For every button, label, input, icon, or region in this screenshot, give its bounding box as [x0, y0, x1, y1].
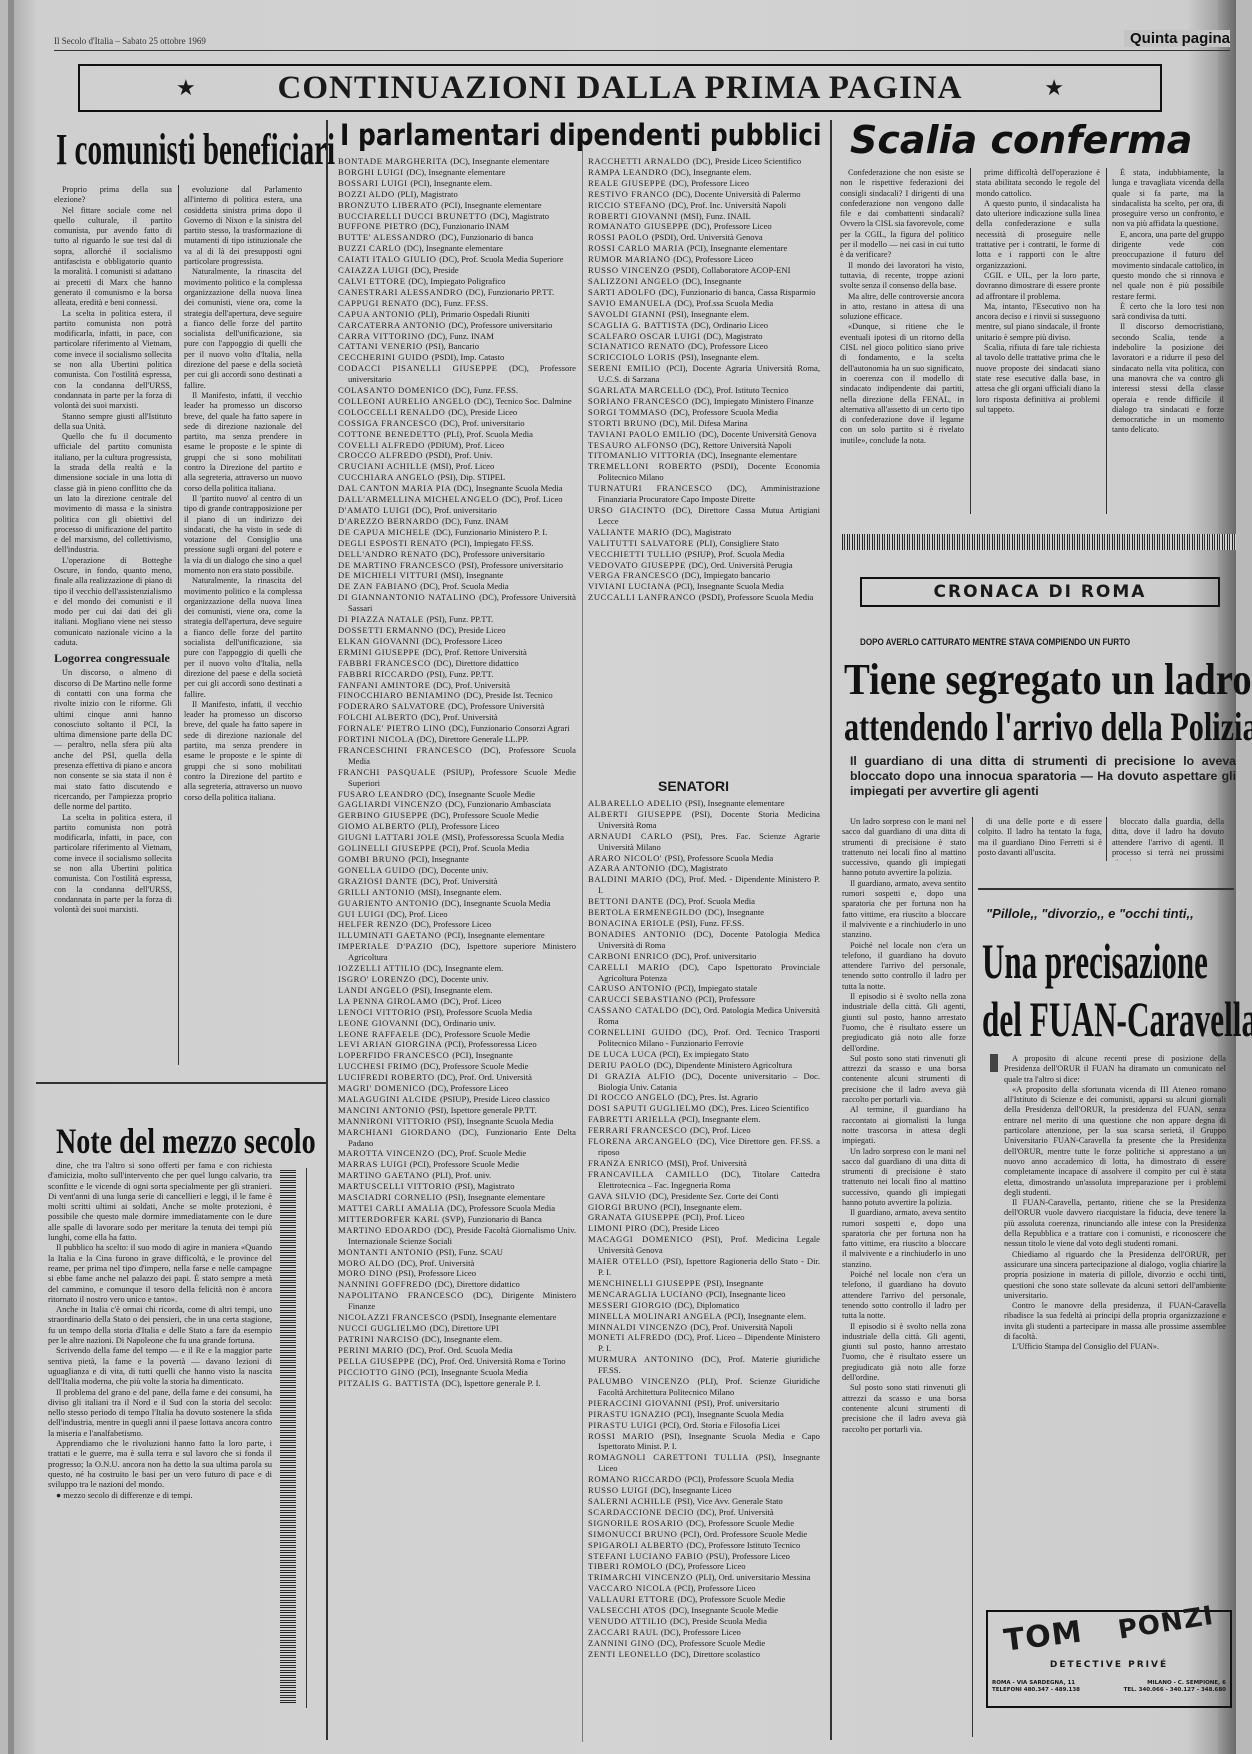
paragraph: È certo che la loro tesi non sarà condiv… — [1112, 302, 1224, 323]
list-item: DE ZAN FABIANO (DC), Prof. Scuola Media — [338, 581, 576, 592]
list-item: FRANCAVILLA CAMILLO (DC), Titolare Catte… — [588, 1169, 820, 1191]
list-item: BUZZI CARLO (DC), Insegnante elementare — [338, 243, 576, 254]
member-party-role: (DC), Ord. Università Perugia — [689, 560, 793, 570]
member-name: COLOCCELLI RENALDO — [338, 407, 448, 417]
list-item: PICCIOTTO GINO (PCI), Insegnante Scuola … — [338, 1367, 576, 1378]
list-item: CANESTRARI ALESSANDRO (DC), Funzionario … — [338, 287, 576, 298]
member-name: MAROTTA VINCENZO — [338, 1148, 438, 1158]
member-name: ROSSI CARLO MARIA — [588, 243, 687, 253]
member-name: FRANCESCHINI FRANCESCO — [338, 745, 481, 755]
list-item: CARELLI MARIO (DC), Capo Ispettorato Pro… — [588, 962, 820, 984]
list-item: STORTI BRUNO (DC), Mil. Difesa Marina — [588, 418, 820, 429]
member-party-role: (DC), Prof. universitario — [440, 418, 525, 428]
member-name: SCALFARO OSCAR LUIGI — [588, 331, 703, 341]
list-item: VEDOVATO GIUSEPPE (DC), Ord. Università … — [588, 560, 820, 571]
member-party-role: (DC), Funzionario INAM — [421, 221, 510, 231]
paragraph: Ma, intanto, l'Esecutivo non ha ancora d… — [976, 302, 1100, 343]
member-name: CUCCHIARA ANGELO — [338, 472, 438, 482]
column-rule — [326, 120, 328, 1740]
member-name: MENCHINELLI GIUSEPPE — [588, 1278, 704, 1288]
member-name: CARBONI ENRICO — [588, 951, 672, 961]
member-party-role: (DC), Professore Liceo — [411, 919, 491, 929]
member-party-role: (PSI), Funz. SCAU — [436, 1247, 503, 1257]
member-name: CARUSO ANTONIO — [588, 983, 675, 993]
member-party-role: (SVP), Funzionario di Banca — [442, 1214, 542, 1224]
member-name: RAMPA LEANDRO — [588, 167, 671, 177]
member-party-role: (PCI), Prof. Scuola Media — [439, 843, 529, 853]
member-party-role: (DC), Ordinario univ. — [421, 1018, 495, 1028]
list-item: CARUCCI SEBASTIANO (PCI), Professore — [588, 994, 820, 1005]
member-party-role: (DC), Direttore scolastico — [671, 1649, 760, 1659]
list-item: COTTONE BENEDETTO (PLI), Prof. Scuola Me… — [338, 429, 576, 440]
member-party-role: (DC), Prof. Scuola Media Superiore — [439, 254, 563, 264]
member-party-role: (DC), Professore Liceo — [673, 254, 753, 264]
list-item: COLOCCELLI RENALDO (DC), Preside Liceo — [338, 407, 576, 418]
member-name: TESAURO ALFONSO — [588, 440, 681, 450]
member-party-role: (DC), Professore Liceo — [428, 1083, 508, 1093]
list-item: GRAZIOSI DANTE (DC), Prof. Università — [338, 876, 576, 887]
member-name: GOLINELLI GIUSEPPE — [338, 843, 439, 853]
member-name: COTTONE BENEDETTO — [338, 429, 443, 439]
member-name: FRANCAVILLA CAMILLO — [588, 1169, 721, 1179]
cronaca-column-1: Un ladro sorpreso con le mani nel sacco … — [842, 817, 966, 1737]
list-item: GONELLA GUIDO (DC), Docente univ. — [338, 865, 576, 876]
member-name: MARTINO GAETANO — [338, 1170, 432, 1180]
list-item: LENOCI VITTORIO (PSI), Professore Scuola… — [338, 1007, 576, 1018]
member-party-role: (PSU), Professore Liceo — [706, 1551, 790, 1561]
member-party-role: (PSIUP), Preside Liceo classico — [440, 1094, 550, 1104]
list-item: MANCINI ANTONIO (PSI), Ispettore general… — [338, 1105, 576, 1116]
member-party-role: (DC), Presidente Sez. Corte dei Conti — [649, 1191, 779, 1201]
list-item: CASSANO CATALDO (DC), Ord. Patologia Med… — [588, 1005, 820, 1027]
member-name: BUZZI CARLO — [338, 243, 404, 253]
member-party-role: (DC), Ispettore generale P. I. — [442, 1378, 541, 1388]
member-party-role: (PCI), Insegnante elem. — [724, 1311, 806, 1321]
list-item: SCRICCIOLO LORIS (PSI), Insegnante elem. — [588, 352, 820, 363]
member-party-role: (PSI), Insegnante elementare — [445, 1192, 545, 1202]
member-party-role: (DC), Prof. Rettore Università — [423, 647, 527, 657]
member-name: BALDINI MARIO — [588, 874, 666, 884]
list-item: VACCARO NICOLA (PCI), Professore Liceo — [588, 1583, 820, 1594]
member-party-role: (PSI), Funz. PP.TT. — [427, 614, 494, 624]
member-party-role: (DC), Pres. Liceo Scientifico — [709, 1103, 809, 1113]
list-item: BONADIES ANTONIO (DC), Docente Patologia… — [588, 929, 820, 951]
member-party-role: (PSDI), Prof. Univ. — [426, 450, 493, 460]
headline-scalia: Scalia conferma — [850, 118, 1192, 162]
list-item: FANFANI AMINTORE (DC), Prof. Università — [338, 680, 576, 691]
member-party-role: (PSDI), Ord. Università Genova — [652, 232, 763, 242]
member-name: TRIMARCHI VINCENZO — [588, 1572, 696, 1582]
paragraph: Confederazione che non esiste se non le … — [840, 168, 964, 261]
paragraph: Il Manifesto, infatti, il vecchio leader… — [184, 391, 302, 494]
list-item: FLORENA ARCANGELO (DC), Vice Direttore g… — [588, 1136, 820, 1158]
member-name: FABBRI RICCARDO — [338, 669, 427, 679]
member-name: MACAGGI DOMENICO — [588, 1234, 702, 1244]
member-name: FABBRI FRANCESCO — [338, 658, 434, 668]
paragraph: E, ancora, una parte del gruppo dirigent… — [1112, 230, 1224, 302]
deputati-list-column-1: BONTADE MARGHERITA (DC), Insegnante elem… — [338, 156, 576, 1736]
member-name: AZARA ANTONIO — [588, 863, 668, 873]
member-party-role: (PSI), Funz. FF.SS. — [677, 918, 744, 928]
headline-note: Note del mezzo secolo — [56, 1120, 316, 1162]
kicker-cronaca: DOPO AVERLO CATTURATO MENTRE STAVA COMPI… — [860, 637, 1130, 647]
member-name: BERTOLA ERMENEGILDO — [588, 907, 705, 917]
list-item: DI GIANNANTONIO NATALINO (DC), Professor… — [338, 592, 576, 614]
member-party-role: (DC), Prof. Inc. Università Napoli — [668, 200, 786, 210]
list-item: RESTIVO FRANCO (DC), Docente Università … — [588, 189, 820, 200]
list-item: ROSSI MARIO (PSI), Insegnante Scuola Med… — [588, 1431, 820, 1453]
list-item: MINELLA MOLINARI ANGELA (PCI), Insegnant… — [588, 1311, 820, 1322]
member-name: SARTI ADOLFO — [588, 287, 659, 297]
list-item: NUCCI GUGLIELMO (DC), Direttore UPI — [338, 1323, 576, 1334]
list-item: ROMAGNOLI CARETTONI TULLIA (PSI), Insegn… — [588, 1452, 820, 1474]
member-name: SCARDACCIONE DECIO — [588, 1507, 697, 1517]
page-fold-artifact — [280, 1168, 296, 1703]
member-name: DE ZAN FABIANO — [338, 581, 420, 591]
member-name: RICCIO STEFANO — [588, 200, 668, 210]
member-name: LOPERFIDO FRANCESCO — [338, 1050, 452, 1060]
member-name: TAVIANI PAOLO EMILIO — [588, 429, 699, 439]
list-item: SCALFARO OSCAR LUIGI (DC), Magistrato — [588, 331, 820, 342]
member-name: COSSIGA FRANCESCO — [338, 418, 440, 428]
member-name: MONETI ALFREDO — [588, 1332, 674, 1342]
list-item: STEFANI LUCIANO FABIO (PSU), Professore … — [588, 1551, 820, 1562]
list-item: GRANATA GIUSEPPE (PCI), Prof. Liceo — [588, 1212, 820, 1223]
paragraph: Stanno sempre giusti all'Istituto della … — [54, 412, 172, 433]
list-item: MINNALDI VINCENZO (DC), Prof. Università… — [588, 1322, 820, 1333]
paragraph: La scelta in politica estera, il partito… — [54, 309, 172, 412]
paragraph: Il episodio si è svolto nella zona indus… — [842, 992, 966, 1054]
list-item: TREMELLONI ROBERTO (PSDI), Docente Econo… — [588, 461, 820, 483]
member-party-role: (DC), Impiegato bancario — [682, 570, 771, 580]
list-item: ROSSI CARLO MARIA (PCI), Insegnante elem… — [588, 243, 820, 254]
list-item: BETTONI DANTE (DC), Prof. Scuola Media — [588, 896, 820, 907]
member-name: ERMINI GIUSEPPE — [338, 647, 423, 657]
member-party-role: (DC), Impiegato Ministero Finanze — [692, 396, 814, 406]
list-item: MENCARAGLIA LUCIANO (PCI), Insegnante li… — [588, 1289, 820, 1300]
member-name: GRAZIOSI DANTE — [338, 876, 421, 886]
list-item: CAPUA ANTONIO (PLI), Primario Ospedali R… — [338, 309, 576, 320]
paragraph: Contro le manovre della presidenza, il F… — [1004, 1301, 1226, 1342]
member-name: LEVI ARIAN GIORGINA — [338, 1039, 445, 1049]
member-name: GUARIENTO ANTONIO — [338, 898, 442, 908]
member-party-role: (DC), Direttore Generale LL.PP. — [417, 734, 529, 744]
member-name: ZACCARI RAUL — [588, 1627, 661, 1637]
member-name: HELFER RENZO — [338, 919, 411, 929]
member-party-role: (DC), Prof. Istituto Tecnico — [694, 385, 788, 395]
list-item: CRUCIANI ACHILLE (MSI), Prof. Liceo — [338, 461, 576, 472]
member-name: PITZALIS G. BATTISTA — [338, 1378, 442, 1388]
member-name: TREMELLONI ROBERTO — [588, 461, 712, 471]
member-party-role: (DC), Professore Scuole Medie — [678, 1594, 786, 1604]
member-party-role: (DC), Direttore didattico — [434, 658, 519, 668]
list-item: MATTEI CARLI AMALIA (DC), Professore Scu… — [338, 1203, 576, 1214]
list-item: MITTERDORFER KARL (SVP), Funzionario di … — [338, 1214, 576, 1225]
list-item: D'AREZZO BERNARDO (DC), Funz. INAM — [338, 516, 576, 527]
member-party-role: (DC), Preside Liceo — [437, 625, 506, 635]
member-name: NUCCI GUGLIELMO — [338, 1323, 430, 1333]
paragraph: Scalia, rifiuta di fare tale richiesta a… — [976, 343, 1100, 415]
member-name: ROMAGNOLI CARETTONI TULLIA — [588, 1452, 756, 1462]
member-name: VEDOVATO GIUSEPPE — [588, 560, 689, 570]
list-item: MENCHINELLI GIUSEPPE (PSI), Insegnante — [588, 1278, 820, 1289]
paragraph: L'Ufficio Stampa del Consiglio del FUAN»… — [1004, 1342, 1226, 1352]
member-party-role: (PCI), Insegnante elementare — [444, 930, 544, 940]
list-item: MAROTTA VINCENZO (DC), Prof. Scuole Medi… — [338, 1148, 576, 1159]
member-name: IOZZELLI ATTILIO — [338, 963, 423, 973]
member-name: MONTANTI ANTONIO — [338, 1247, 436, 1257]
member-party-role: (DC), Docente Università Genova — [699, 429, 816, 439]
section-rule — [978, 888, 1234, 890]
member-name: VECCHIETTI TULLIO — [588, 549, 685, 559]
member-party-role: (PSIUP), Prof. Scuola Media — [685, 549, 785, 559]
list-item: SALIZZONI ANGELO (DC), Insegnante — [588, 276, 820, 287]
member-party-role: (DC), Insegnante elem. — [422, 1334, 502, 1344]
list-item: NANNINI GOFFREDO (DC), Direttore didatti… — [338, 1279, 576, 1290]
member-party-role: (PCI), Professore Liceo — [674, 1583, 755, 1593]
member-party-role: (DC), Rettore Università Napoli — [681, 440, 792, 450]
list-item: MARTINO GAETANO (PLI), Prof. univ. — [338, 1170, 576, 1181]
column-rule — [830, 120, 832, 1740]
list-item: SALERNI ACHILLE (PSI), Vice Avv. General… — [588, 1496, 820, 1507]
member-party-role: (DC), Magistrato — [703, 331, 762, 341]
member-name: DERIU PAOLO — [588, 1060, 654, 1070]
cronaca-column-3: bloccato dalla guardia, della ditta, dov… — [1112, 817, 1224, 861]
member-name: NAPOLITANO FRANCESCO — [338, 1290, 473, 1300]
list-item: ROMANATO GIUSEPPE (DC), Professore Liceo — [588, 221, 820, 232]
member-party-role: (DC), Funzionario di banca — [439, 232, 534, 242]
deputati-list-column-2: RACCHETTI ARNALDO (DC), Preside Liceo Sc… — [588, 156, 820, 776]
list-item: MARRAS LUIGI (PCI), Professore Scuole Me… — [338, 1159, 576, 1170]
member-party-role: (DC), Prof. Ord. Università — [437, 1072, 532, 1082]
member-name: SALIZZONI ANGELO — [588, 276, 682, 286]
member-party-role: (DC), Prof. Scuola Media — [666, 896, 755, 906]
list-item: PELLA GIUSEPPE (DC), Prof. Ord. Universi… — [338, 1356, 576, 1367]
member-name: CROCCO ALFREDO — [338, 450, 426, 460]
member-party-role: (PSDI), Collaboratore ACOP-ENI — [673, 265, 791, 275]
member-name: REALE GIUSEPPE — [588, 178, 669, 188]
list-item: VALITUTTI SALVATORE (PLI), Consigliere S… — [588, 538, 820, 549]
member-party-role: (DC), Prof. Scuola Media — [420, 581, 509, 591]
paragraph: Il guardiano, armato, aveva sentito rumo… — [842, 879, 966, 941]
member-party-role: (DC), Magistrato — [668, 863, 727, 873]
member-name: GONELLA GUIDO — [338, 865, 418, 875]
list-item: MARTUSCELLI VITTORIO (PSI), Magistrato — [338, 1181, 576, 1192]
member-party-role: (DC), Funzionario di banca, Cassa Rispar… — [659, 287, 816, 297]
member-party-role: (DC), Professore Scuola Media — [447, 1203, 555, 1213]
list-item: DE MARTINO FRANCESCO (PSI), Professore u… — [338, 560, 576, 571]
member-name: ZANNINI GINO — [588, 1638, 657, 1648]
list-item: TESAURO ALFONSO (DC), Rettore Università… — [588, 440, 820, 451]
member-party-role: (DC), Preside Ist. Tecnico — [463, 690, 552, 700]
member-name: ROMANO RICCARDO — [588, 1474, 685, 1484]
paragraph: Il mondo dei lavoratori ha visto, tuttav… — [840, 261, 964, 292]
member-party-role: (DC), Professore Scuole Medie — [421, 1061, 529, 1071]
list-item: ERMINI GIUSEPPE (DC), Prof. Rettore Univ… — [338, 647, 576, 658]
member-party-role: (DC), Prof. Liceo — [387, 909, 448, 919]
member-party-role: (DC), Insegnante — [705, 907, 764, 917]
ad-brand-tom: TOM — [1002, 1614, 1085, 1658]
list-item: RICCIO STEFANO (DC), Prof. Inc. Universi… — [588, 200, 820, 211]
member-name: ALBERTI GIUSEPPE — [588, 809, 692, 819]
list-item: GAGLIARDI VINCENZO (DC), Funzionario Amb… — [338, 799, 576, 810]
member-party-role: (PSI), Vice Avv. Generale Stato — [674, 1496, 782, 1506]
member-name: ALBARELLO ADELIO — [588, 798, 685, 808]
list-item: RUSSO VINCENZO (PSDI), Collaboratore ACO… — [588, 265, 820, 276]
list-item: SORIANO FRANCESCO (DC), Impiegato Minist… — [588, 396, 820, 407]
list-item: CARRA VITTORINO (DC), Funz. INAM — [338, 331, 576, 342]
list-item: BUCCIARELLI DUCCI BRUNETTO (DC), Magistr… — [338, 211, 576, 222]
list-item: GIUGNI LATTARI JOLE (MSI), Professoressa… — [338, 832, 576, 843]
list-item: BORGHI LUIGI (DC), Insegnante elementare — [338, 167, 576, 178]
list-item: SAVOLDI GIANNI (PSI), Insegnante elem. — [588, 309, 820, 320]
member-name: MORO ALDO — [338, 1258, 397, 1268]
member-party-role: (DC), Prof. Liceo — [502, 494, 563, 504]
paragraph: Proprio prima della sua elezione? — [54, 185, 172, 206]
member-name: MARCHIANI GIORDANO — [338, 1127, 459, 1137]
ad-brand-ponzi: PONZI — [1116, 1601, 1216, 1646]
member-party-role: (DC), Insegnante elementare — [698, 450, 797, 460]
list-item: FORTINI NICOLA (DC), Direttore Generale … — [338, 734, 576, 745]
running-head-page-label: Quinta pagina — [1124, 30, 1230, 47]
member-party-role: (DC), Professore universitario — [441, 549, 545, 559]
list-item: DOSSETTI ERMANNO (DC), Preside Liceo — [338, 625, 576, 636]
paragraph: Il episodio si è svolto nella zona indus… — [842, 1322, 966, 1384]
advertisement-tom-ponzi: TOM PONZI DETECTIVE PRIVÉ ROMA - VIA SAR… — [986, 1610, 1232, 1708]
column-rule — [306, 1168, 307, 1708]
list-item: ALBERTI GIUSEPPE (PSI), Docente Storia M… — [588, 809, 820, 831]
member-name: PATRINI NARCISO — [338, 1334, 422, 1344]
member-name: LUCCHESI FRIMO — [338, 1061, 421, 1071]
list-item: COLASANTO DOMENICO (DC), Funz. FF.SS. — [338, 385, 576, 396]
running-head: Il Secolo d'Italia – Sabato 25 ottobre 1… — [54, 36, 1230, 51]
paragraph: CGIL e UIL, per la loro parte, dovranno … — [976, 271, 1100, 302]
member-party-role: (DC), Funz. FF.SS. — [422, 298, 488, 308]
list-item: DE LUCA LUCA (PCI), Ex impiegato Stato — [588, 1049, 820, 1060]
member-name: GIORGI BRUNO — [588, 1202, 660, 1212]
member-name: MANNIRONI VITTORIO — [338, 1116, 444, 1126]
member-party-role: (DC), Insegnante elementare — [406, 167, 505, 177]
member-party-role: (PSI), Ispettore generale PP.TT. — [428, 1105, 537, 1115]
member-party-role: (PCI), Insegnante liceo — [706, 1289, 785, 1299]
paragraph: Il 'partito nuovo' al centro di un tipo … — [184, 494, 302, 576]
list-item: DE CAPUA MICHELE (DC), Funzionario Minis… — [338, 527, 576, 538]
member-party-role: (MSI), Prof. Liceo — [430, 461, 494, 471]
paragraph: di una delle porte e di essere colpito. … — [978, 817, 1102, 858]
member-name: GUI LUIGI — [338, 909, 387, 919]
paragraph: Anche in Italia c'è ormai chi ricorda, c… — [48, 1304, 272, 1345]
list-item: GOLINELLI GIUSEPPE (PCI), Prof. Scuola M… — [338, 843, 576, 854]
member-name: CAPUA ANTONIO — [338, 309, 418, 319]
member-party-role: (PSI), Magistrato — [455, 1181, 515, 1191]
list-item: CAIAZZA LUIGI (DC), Preside — [338, 265, 576, 276]
list-item: ARARO NICOLO' (PSI), Professore Scuola M… — [588, 853, 820, 864]
list-item: SCAGLIA G. BATTISTA (DC), Ordinario Lice… — [588, 320, 820, 331]
list-item: TAVIANI PAOLO EMILIO (DC), Docente Unive… — [588, 429, 820, 440]
member-name: VALLAURI ETTORE — [588, 1594, 678, 1604]
member-name: DEGLI ESPOSTI RENATO — [338, 538, 450, 548]
scalia-column-3: È stata, indubbiamente, la lunga e trava… — [1112, 168, 1224, 514]
member-party-role: (DC), Docente univ. — [418, 865, 488, 875]
paragraph: A proposito di alcune recenti prese di p… — [1004, 1054, 1226, 1085]
member-name: ROSSI PAOLO — [588, 232, 652, 242]
member-name: SGARLATA MARCELLO — [588, 385, 694, 395]
member-name: MURMURA ANTONINO — [588, 1354, 701, 1364]
member-party-role: (DC), Insegnante — [682, 276, 741, 286]
paragraph: bloccato dalla guardia, della ditta, dov… — [1112, 817, 1224, 861]
member-name: SCIANATICO RENATO — [588, 341, 688, 351]
member-party-role: (DC), Insegnante Scuola Media — [442, 898, 551, 908]
member-party-role: (DC), Direttore UPI — [430, 1323, 499, 1333]
list-item: MORO ALDO (DC), Prof. Università — [338, 1258, 576, 1269]
list-item: ARNAUDI CARLO (PSI), Pres. Fac. Scienze … — [588, 831, 820, 853]
list-item: CODACCI PISANELLI GIUSEPPE (DC), Profess… — [338, 363, 576, 385]
member-party-role: (DC), Insegnante elementare — [404, 243, 503, 253]
ad-address-roma: ROMA - VIA SARDEGNA, 11 TELEFONI 480.347… — [992, 1680, 1080, 1694]
member-name: CRUCIANI ACHILLE — [338, 461, 430, 471]
list-item: MANNIRONI VITTORIO (PSI), Insegnante Scu… — [338, 1116, 576, 1127]
list-item: GIORGI BRUNO (PCI), Insegnante elem. — [588, 1202, 820, 1213]
member-party-role: (PSDI), Professore Scuola Media — [699, 592, 814, 602]
list-item: SORGI TOMMASO (DC), Professore Scuola Me… — [588, 407, 820, 418]
page-edge-left — [8, 0, 14, 1754]
member-name: SAVOLDI GIANNI — [588, 309, 668, 319]
member-name: D'AMATO LUIGI — [338, 505, 412, 515]
list-item: DOSI SAPUTI GUGLIELMO (DC), Pres. Liceo … — [588, 1103, 820, 1114]
member-party-role: (PSI), Professore Liceo — [396, 1268, 476, 1278]
paragraph: dine, che tra l'altro si sono offerti pe… — [48, 1160, 272, 1242]
list-item: LEVI ARIAN GIORGINA (PCI), Professoressa… — [338, 1039, 576, 1050]
member-name: LUCIFREDI ROBERTO — [338, 1072, 437, 1082]
member-party-role: (DC), Dipendente Ministero Agricoltura — [654, 1060, 792, 1070]
member-name: BOZZI ALDO — [338, 189, 398, 199]
list-item: REALE GIUSEPPE (DC), Professore Liceo — [588, 178, 820, 189]
member-party-role: (DC), Insegnante elem. — [671, 167, 751, 177]
member-name: SERENI EMILIO — [588, 363, 666, 373]
list-item: AZARA ANTONIO (DC), Magistrato — [588, 863, 820, 874]
member-name: DE MARTINO FRANCESCO — [338, 560, 459, 570]
member-party-role: (PSI), Prof. universitario — [694, 1398, 779, 1408]
list-item: GUI LUIGI (DC), Prof. Liceo — [338, 909, 576, 920]
member-party-role: (PSI), Insegnante elem. — [668, 309, 749, 319]
cronaca-column-2: di una delle porte e di essere colpito. … — [978, 817, 1102, 861]
member-name: GOMBI BRUNO — [338, 854, 408, 864]
paragraph: Ma altre, delle controversie ancora in a… — [840, 292, 964, 323]
member-party-role: (PCI), Professore — [695, 994, 755, 1004]
member-party-role: (DC), Professore Liceo — [669, 178, 749, 188]
list-item: RUSSO LUIGI (DC), Insegnante Liceo — [588, 1485, 820, 1496]
list-item: ALBARELLO ADELIO (PSI), Insegnante eleme… — [588, 798, 820, 809]
list-item: RUMOR MARIANO (DC), Professore Liceo — [588, 254, 820, 265]
member-name: SIGNORILE ROSARIO — [588, 1518, 686, 1528]
member-name: MATTEI CARLI AMALIA — [338, 1203, 447, 1213]
member-name: BUFFONE PIETRO — [338, 221, 421, 231]
member-name: CARCATERRA ANTONIO — [338, 320, 449, 330]
list-item: ZUCCALLI LANFRANCO (PSDI), Professore Sc… — [588, 592, 820, 603]
member-party-role: (MSI), Prof. Università — [667, 1158, 747, 1168]
member-name: CASSANO CATALDO — [588, 1005, 682, 1015]
member-name: GAVA SILVIO — [588, 1191, 649, 1201]
member-name: SAVIO EMANUELA — [588, 298, 674, 308]
member-name: DE MICHIELI VITTURI — [338, 570, 441, 580]
list-item: CORNELLINI GUIDO (DC), Prof. Ord. Tecnic… — [588, 1027, 820, 1049]
member-party-role: (DC), Prof. Università — [421, 876, 498, 886]
member-party-role: (DC), Prof. universitario — [672, 951, 757, 961]
list-item: VALLAURI ETTORE (DC), Professore Scuole … — [588, 1594, 820, 1605]
list-item: VENUDO ATTILIO (DC), Preside Scuola Medi… — [588, 1616, 820, 1627]
member-name: BONADIES ANTONIO — [588, 929, 693, 939]
member-party-role: (PSI), Insegnante elem. — [678, 352, 759, 362]
